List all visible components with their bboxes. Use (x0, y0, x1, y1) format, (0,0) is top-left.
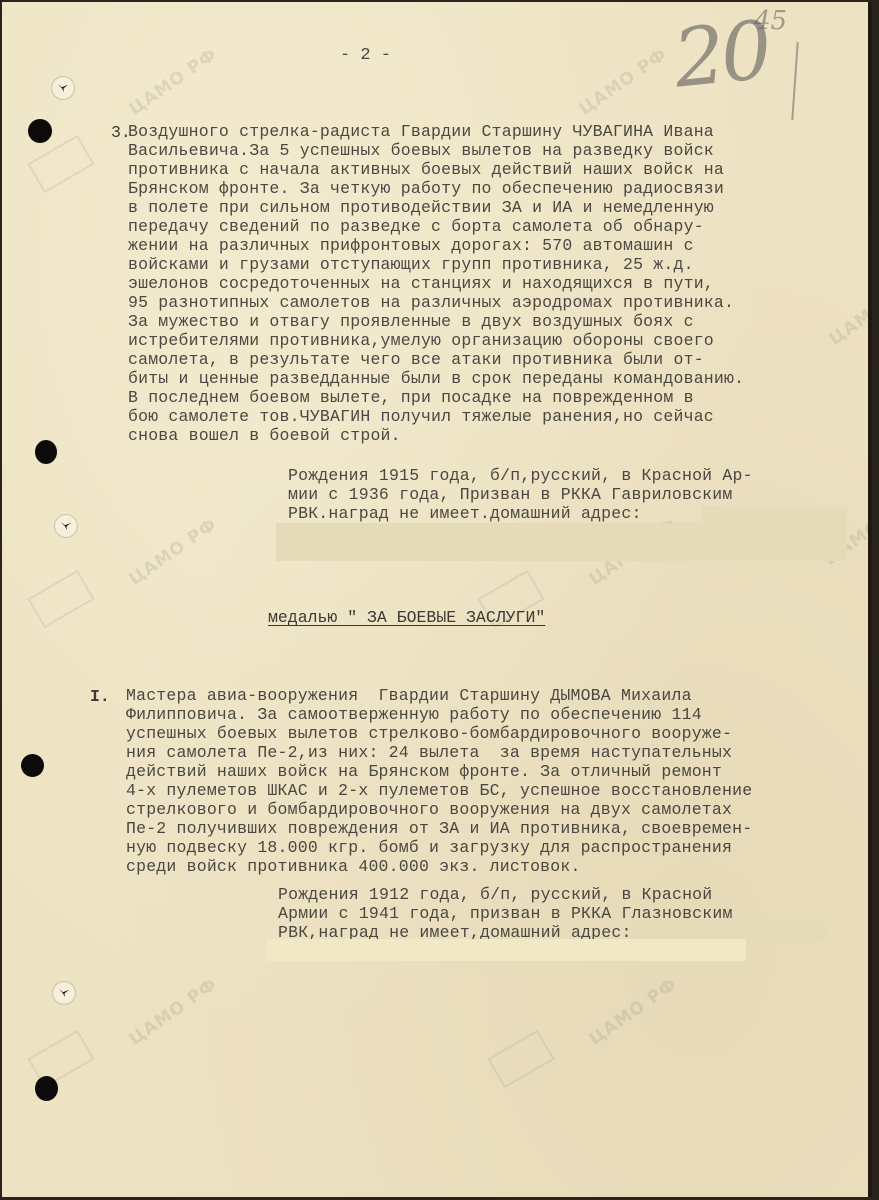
punch-hole-icon (21, 754, 44, 777)
bio-line: Рождения 1912 года, б/п, русский, в Крас… (278, 886, 712, 905)
entry-line: ную подвеску 18.000 кгр. бомб и загрузку… (126, 839, 732, 858)
punch-hole-icon (28, 119, 52, 143)
entry-line: передачу сведений по разведке с борта са… (128, 218, 704, 237)
watermark-logo-icon (27, 570, 94, 628)
punch-hole-icon (35, 440, 57, 464)
entry-line: биты и ценные разведданные были в срок п… (128, 370, 744, 389)
entry-line: 4-х пулеметов ШКАС и 2-х пулеметов БС, у… (126, 782, 752, 801)
watermark-logo-icon (27, 135, 94, 193)
bio-line: мии с 1936 года, Призван в РККА Гаврилов… (288, 486, 732, 505)
punch-hole-torn-icon (55, 515, 77, 537)
page-number: - 2 - (340, 46, 391, 65)
watermark: ЦАМО РФ (576, 44, 671, 119)
entry-line: войсками и грузами отступающих групп про… (128, 256, 694, 275)
watermark: ЦАМО РФ (126, 514, 221, 589)
watermark: ЦАМО РФ (826, 274, 872, 349)
entry-line: действий наших войск на Брянском фронте.… (126, 763, 722, 782)
entry-line: В последнем боевом вылете, при посадке н… (128, 389, 694, 408)
punch-hole-torn-icon (53, 982, 75, 1004)
entry-line: в полете при сильном противодействии ЗА … (128, 199, 714, 218)
entry-line: самолета, в результате чего все атаки пр… (128, 351, 704, 370)
redacted-address (276, 523, 847, 561)
entry-line: Филипповича. За самоотверженную работу п… (126, 706, 702, 725)
entry-line: противника с начала активных боевых дейс… (128, 161, 724, 180)
watermark: ЦАМО РФ (126, 44, 221, 119)
entry-line: эшелонов сосредоточенных на станциях и н… (128, 275, 714, 294)
entry-line: Пе-2 получивших повреждения от ЗА и ИА п… (126, 820, 752, 839)
entry-line: жении на различных прифронтовых дорогах:… (128, 237, 694, 256)
bio-line: Армии с 1941 года, призван в РККА Глазно… (278, 905, 733, 924)
redacted-address (266, 939, 746, 961)
entry-line: снова вошел в боевой строй. (128, 427, 401, 446)
entry-line: среди войск противника 400.000 экз. лист… (126, 858, 581, 877)
entry-line: За мужество и отвагу проявленные в двух … (128, 313, 694, 332)
entry-line: Васильевича.За 5 успешных боевых вылетов… (128, 142, 714, 161)
watermark: ЦАМО РФ (586, 974, 681, 1049)
entry-line: ния самолета Пе-2,из них: 24 вылета за в… (126, 744, 732, 763)
entry-line: стрелкового и бомбардировочного вооружен… (126, 801, 732, 820)
award-heading: медалью " ЗА БОЕВЫЕ ЗАСЛУГИ" (268, 608, 545, 627)
watermark: ЦАМО РФ (126, 974, 221, 1049)
redacted-address (692, 922, 827, 940)
entry-line: 95 разнотипных самолетов на различных аэ… (128, 294, 734, 313)
document-page: ЦАМО РФ ЦАМО РФ ЦАМО РФ ЦАМО РФ ЦАМО РФ … (2, 2, 872, 1197)
watermark-logo-icon (487, 1030, 554, 1088)
entry-line: истребителями противника,умелую организа… (128, 332, 714, 351)
archive-number-suffix: 45 (754, 6, 787, 36)
entry-number: I. (90, 687, 110, 706)
entry-line: Мастера авиа-вооружения Гвардии Старшину… (126, 687, 692, 706)
punch-hole-icon (35, 1076, 58, 1101)
entry-line: Воздушного стрелка-радиста Гвардии Старш… (128, 123, 714, 142)
entry-line: успешных боевых вылетов стрелково-бомбар… (126, 725, 732, 744)
pencil-stroke (791, 42, 798, 120)
punch-hole-torn-icon (52, 77, 74, 99)
entry-line: бою самолете тов.ЧУВАГИН получил тяжелые… (128, 408, 714, 427)
bio-line: Рождения 1915 года, б/п,русский, в Красн… (288, 467, 753, 486)
entry-line: Брянском фронте. За четкую работу по обе… (128, 180, 724, 199)
bio-line: РВК.наград не имеет.домашний адрес: (288, 505, 642, 524)
